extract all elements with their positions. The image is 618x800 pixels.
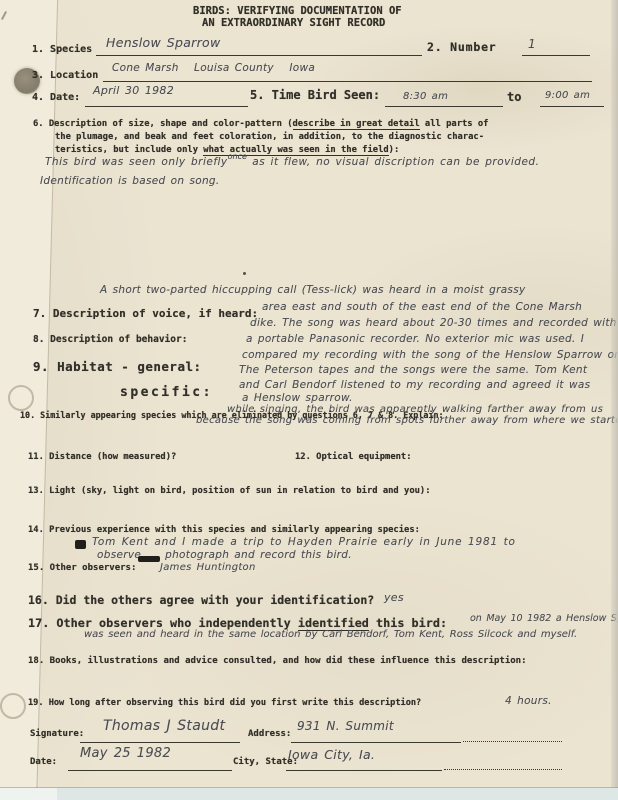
scanned-form-page: BIRDS: VERIFYING DOCUMENTATION OF AN EXT…: [0, 0, 618, 800]
number-label: 2. Number: [427, 41, 497, 54]
time-from-value: 8:30 am: [403, 91, 448, 102]
time-seen-label: 5. Time Bird Seen:: [250, 89, 380, 103]
scan-right-edge: [611, 0, 618, 789]
date-value: April 30 1982: [93, 85, 174, 97]
q6-line3-pre: teristics, but include only: [55, 145, 203, 155]
species-value: Henslow Sparrow: [106, 36, 221, 50]
location-value: Cone Marsh Louisa County Iowa: [112, 63, 315, 75]
signature-value: Thomas J Staudt: [103, 719, 225, 734]
q19-label: 19. How long after observing this bird d…: [28, 699, 421, 709]
location-underline: [103, 81, 592, 82]
q6-label-line1: 6. Description of size, shape and color-…: [33, 119, 488, 129]
q6-line1-post: all parts of: [420, 119, 489, 129]
q6-answer-line1a: This bird was seen only briefly: [45, 156, 228, 168]
q17-label-post: this bird:: [369, 616, 447, 630]
footer-date-value: May 25 1982: [80, 747, 171, 761]
address-label: Address:: [248, 729, 291, 739]
q14-label: 14. Previous experience with this specie…: [28, 525, 420, 535]
number-underline: [522, 55, 590, 56]
species-label: 1. Species: [32, 44, 92, 56]
q19-value: 4 hours.: [505, 696, 552, 708]
q6-answer-line2: Identification is based on song.: [40, 176, 220, 188]
scan-background-strip-left: [0, 788, 57, 800]
address-value: 931 N. Summit: [297, 720, 394, 733]
q7-answer-line: dike. The song was heard about 20-30 tim…: [250, 318, 617, 330]
q7-label: 7. Description of voice, if heard:: [33, 308, 258, 321]
q9-general-label: 9. Habitat - general:: [33, 360, 202, 374]
location-label: 3. Location: [32, 70, 98, 82]
form-title-line1: BIRDS: VERIFYING DOCUMENTATION OF: [193, 5, 402, 17]
q7-answer-line: area east and south of the east end of t…: [262, 302, 582, 314]
q7-answer-pre-line: A short two-parted hiccupping call (Tess…: [100, 285, 525, 297]
hole-punch-bottom-icon: [0, 693, 26, 719]
signature-underline: [80, 742, 240, 743]
citystate-underline-dotted: [444, 769, 562, 770]
scan-background-strip: [0, 788, 618, 800]
number-value: 1: [528, 38, 536, 51]
citystate-value: Iowa City, Ia.: [288, 748, 375, 762]
q17-answer-line1: on May 10 1982 a Henslow Sparrow: [470, 614, 618, 624]
q7-answer-line: a Henslow sparrow.: [242, 393, 353, 405]
time-to-value: 9:00 am: [545, 90, 590, 101]
signature-label: Signature:: [30, 729, 84, 739]
q7-answer-line: The Peterson tapes and the songs were th…: [239, 365, 587, 377]
hole-punch-middle-icon: [8, 385, 34, 411]
q6-answer-line1: This bird was seen only brieflyonce as i…: [45, 157, 539, 169]
time-to-word: to: [507, 91, 521, 105]
q15-value: James Huntington: [160, 562, 256, 573]
q6-line3-post: ):: [389, 145, 400, 155]
date-underline: [85, 106, 248, 107]
q11-label: 11. Distance (how measured)?: [28, 452, 176, 462]
q16-label: 16. Did the others agree with your ident…: [28, 594, 374, 607]
time-to-underline: [540, 106, 604, 107]
q14-answer-line2b: photograph and record this bird.: [160, 550, 352, 562]
footer-date-underline: [68, 770, 232, 771]
address-underline-dotted: [463, 741, 562, 742]
q17-label-pre: 17. Other observers who independently: [28, 616, 298, 630]
q16-value: yes: [384, 592, 404, 604]
q17-answer-line2: was seen and heard in the same location …: [84, 629, 577, 640]
ink-blot: [75, 540, 86, 549]
q7-answer-line: a portable Panasonic recorder. No exteri…: [246, 334, 584, 346]
q13-label: 13. Light (sky, light on bird, position …: [28, 486, 431, 496]
footer-date-label: Date:: [30, 757, 57, 767]
q6-line1-pre: 6. Description of size, shape and color-…: [33, 119, 293, 129]
q18-label: 18. Books, illustrations and advice cons…: [28, 656, 527, 666]
date-label: 4. Date:: [32, 92, 80, 104]
crossed-out-word: [138, 556, 160, 562]
species-underline: [96, 55, 422, 56]
q9-specific-label: specific:: [120, 386, 213, 401]
q7-answer-line: and Carl Bendorf listened to my recordin…: [239, 380, 590, 392]
q8-label: 8. Description of behavior:: [33, 335, 187, 346]
time-from-underline: [385, 106, 503, 107]
q6-answer-inserted-word: once: [228, 152, 247, 161]
q7-answer-line: compared my recording with the song of t…: [242, 350, 618, 362]
address-underline: [291, 742, 461, 743]
q6-answer-line1b: as it flew, no visual discription can be…: [247, 156, 539, 168]
stray-dot-mark: [243, 272, 246, 275]
q15-label: 15. Other observers:: [28, 563, 136, 573]
citystate-underline: [286, 770, 442, 771]
form-title-line2: AN EXTRAORDINARY SIGHT RECORD: [202, 17, 385, 29]
q6-label-line2: the plumage, and beak and feet coloratio…: [55, 132, 484, 142]
q12-label: 12. Optical equipment:: [295, 452, 412, 462]
q14-answer-line1: Tom Kent and I made a trip to Hayden Pra…: [92, 537, 516, 549]
q10-label: 10. Similarly appearing species which ar…: [20, 411, 444, 421]
q6-line1-underlined-phrase: describe in great detail: [293, 119, 420, 130]
